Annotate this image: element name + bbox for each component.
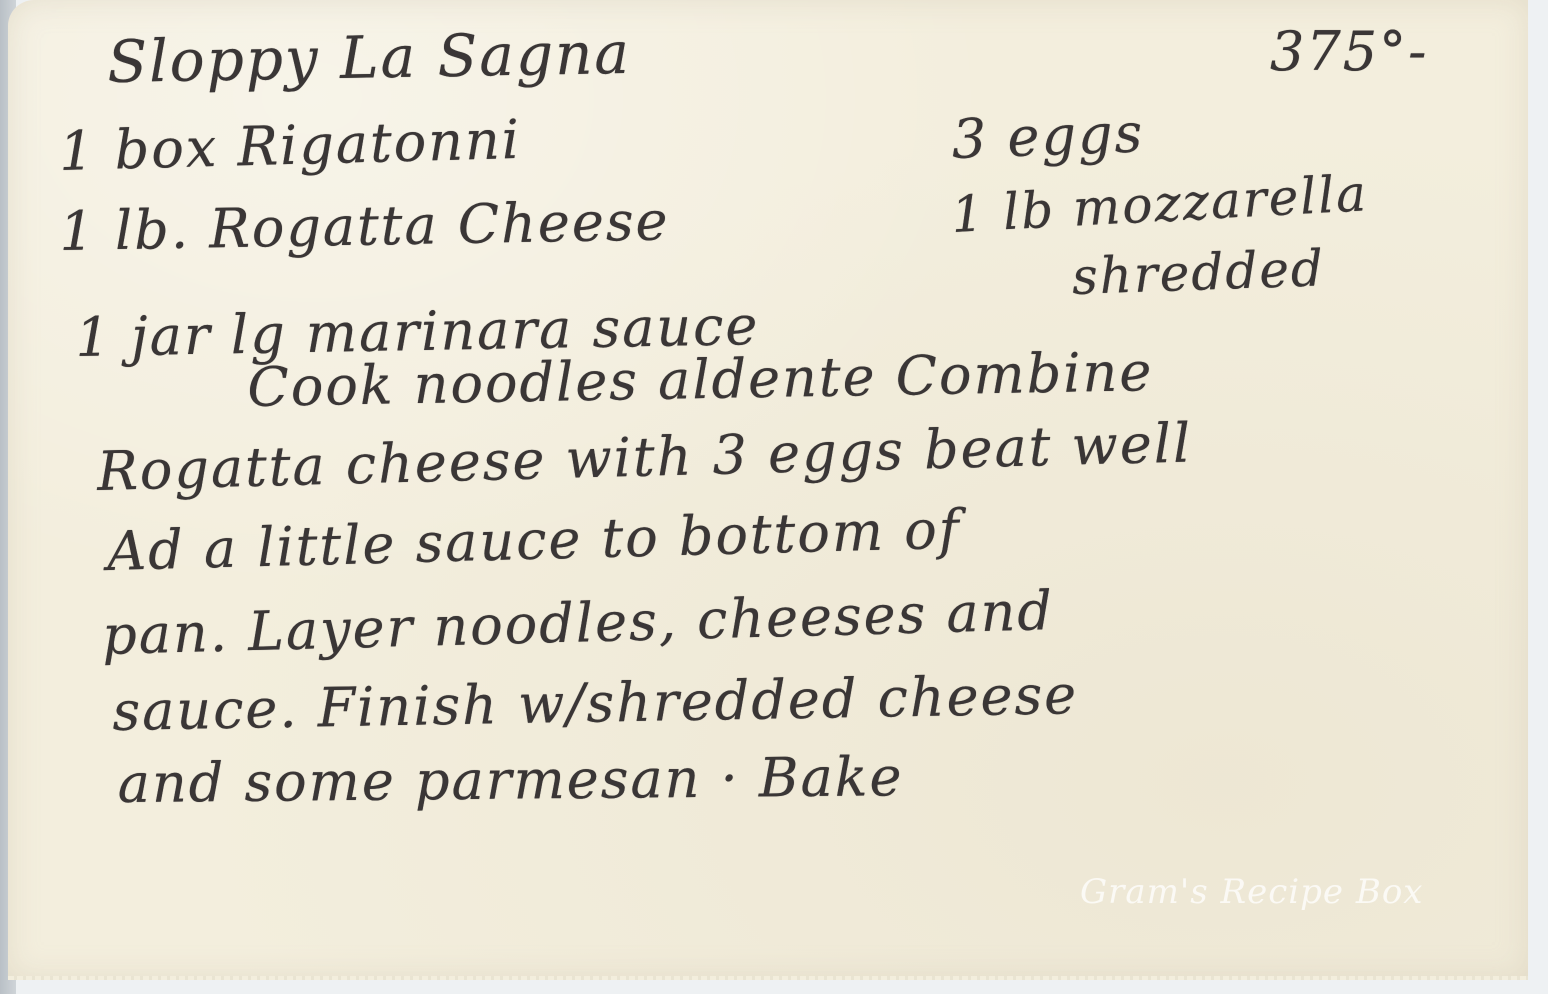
watermark: Gram's Recipe Box	[1080, 872, 1424, 912]
ingredient-rigatoni: 1 box Rigatonni	[58, 108, 521, 183]
instruction-line: Ad a little sauce to bottom of	[106, 498, 961, 583]
ingredient-ricotta: 1 lb. Rogatta Cheese	[59, 189, 670, 263]
instruction-line: Rogatta cheese with 3 eggs beat well	[96, 411, 1193, 503]
ingredient-eggs: 3 eggs	[951, 101, 1145, 171]
recipe-card: Sloppy La Sagna 375°- 1 box Rigatonni 3 …	[8, 0, 1528, 978]
instruction-line: sauce. Finish w/shredded cheese	[112, 663, 1079, 743]
instruction-line: pan. Layer noodles, cheeses and	[101, 579, 1054, 667]
scanned-recipe-card-image: Sloppy La Sagna 375°- 1 box Rigatonni 3 …	[0, 0, 1548, 994]
oven-temperature: 375°-	[1270, 20, 1428, 83]
recipe-title: Sloppy La Sagna	[107, 19, 632, 96]
ingredient-mozzarella: 1 lb mozzarella	[950, 164, 1369, 244]
ingredient-mozzarella-note: shredded	[1071, 239, 1326, 306]
instruction-line: and some parmesan · Bake	[117, 745, 903, 815]
